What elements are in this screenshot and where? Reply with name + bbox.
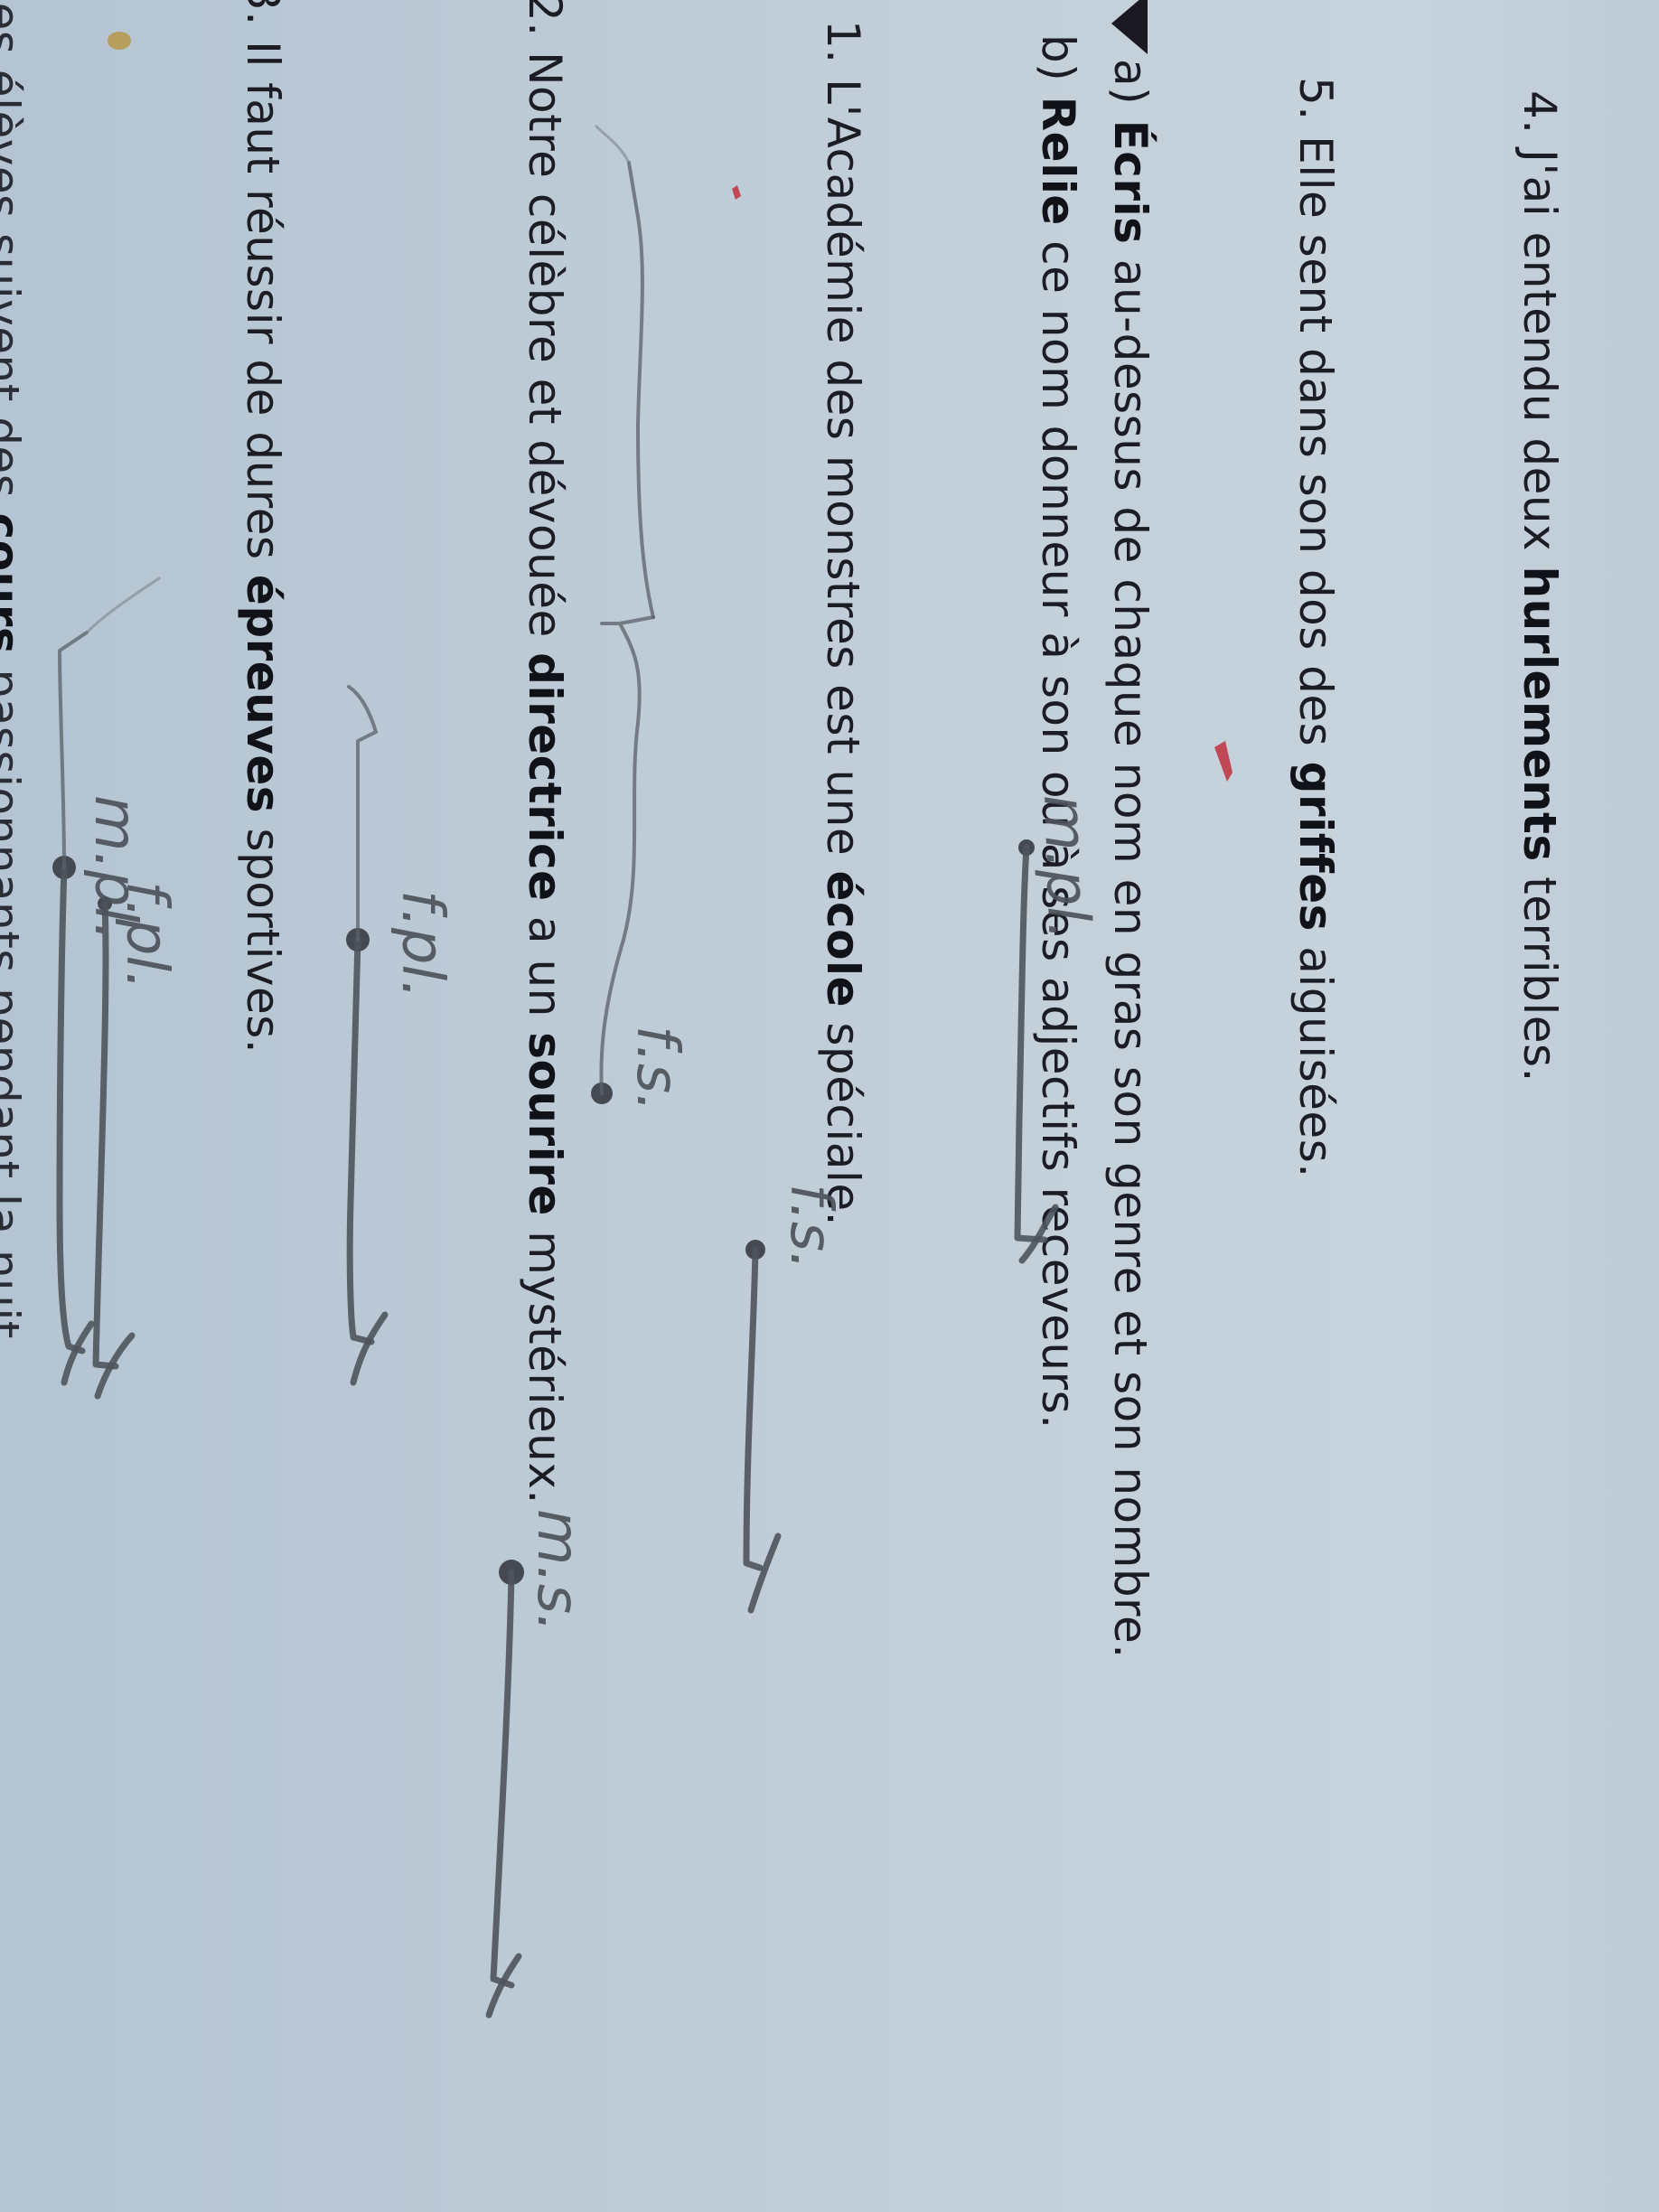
- link-epreuves-adjectives: f.pl.: [346, 687, 455, 1382]
- link-ecole-speciale: f.s.: [745, 1184, 844, 1610]
- link-directrice-adjectives: f.s.: [591, 127, 690, 1111]
- annotation-m-s: m.s.: [524, 1509, 591, 1632]
- annotation-f-s: f.s.: [777, 1184, 844, 1270]
- link-hurlements-terribles: m.pl.: [1017, 793, 1102, 1261]
- annotation-f-pl-epreuves: f.pl.: [389, 890, 455, 999]
- paper-stain: [108, 32, 131, 50]
- red-pen-mark: [1214, 741, 1233, 782]
- red-pen-mark: [732, 185, 741, 200]
- link-griffes-aiguisees: f.pl.: [96, 881, 180, 1396]
- link-sourire-mysterieux: m.s.: [489, 1509, 591, 2015]
- handwritten-annotations: m.pl. f.pl. f.s. f.s.: [0, 0, 1659, 2212]
- annotation-f-s-directrice: f.s.: [623, 1026, 690, 1111]
- annotation-m-pl: m.pl.: [1030, 793, 1102, 942]
- worksheet-page: 4. J'ai entendu deux hurlements terrible…: [0, 0, 1659, 2212]
- annotation-m-pl-cours: m.pl.: [81, 795, 148, 941]
